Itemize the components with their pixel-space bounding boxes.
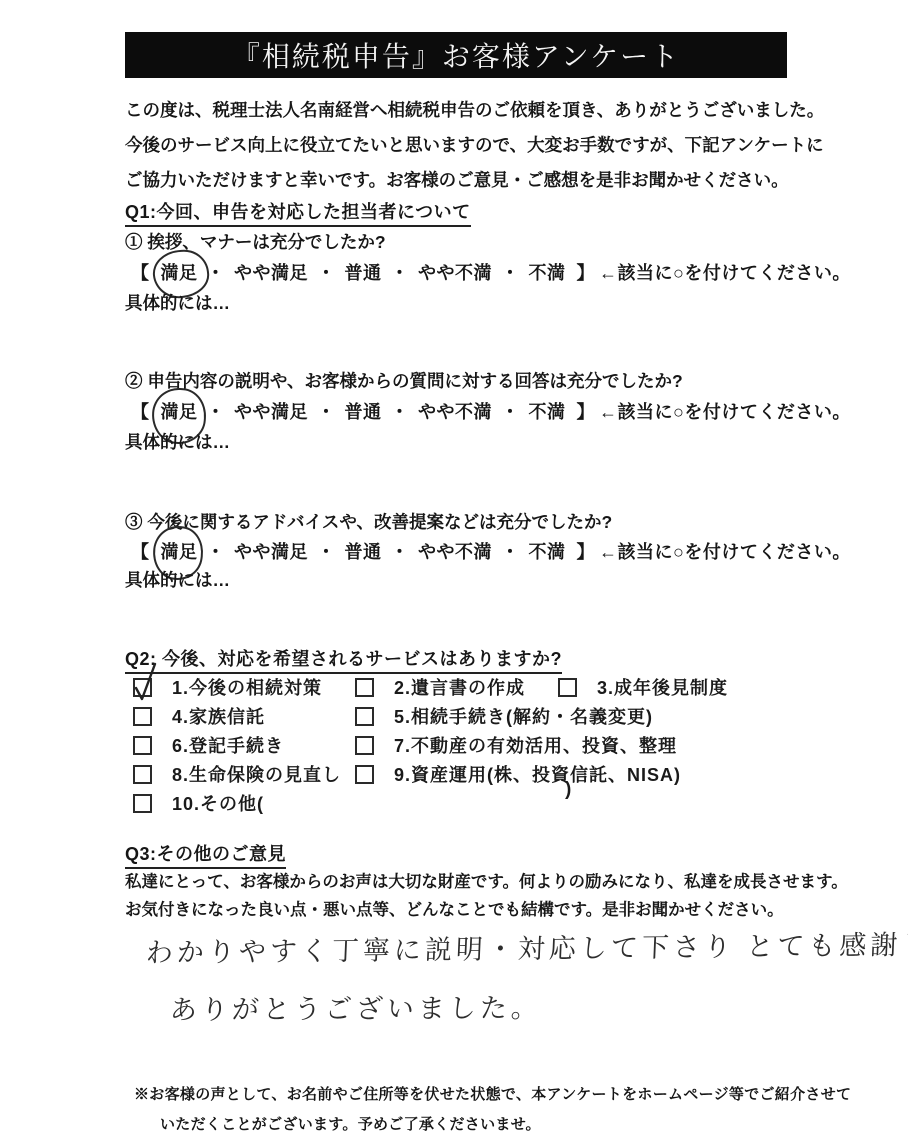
- checkbox-box: [558, 678, 577, 697]
- q1-item2-text: 申告内容の説明や、お客様からの質問に対する回答は充分でしたか?: [147, 371, 682, 391]
- checkbox-box: [133, 736, 152, 755]
- q2-option-1: 1.今後の相続対策: [133, 674, 322, 700]
- checkbox-checked: [133, 678, 152, 697]
- rating-option: やや不満: [418, 259, 492, 285]
- handwritten-check-icon: [129, 656, 169, 704]
- dot-separator: ・: [501, 263, 520, 283]
- q2-option-label: 6.登記手続き: [172, 732, 284, 758]
- dot-separator: ・: [391, 402, 410, 422]
- intro-line-1: この度は、税理士法人名南経営へ相続税申告のご依頼を頂き、ありがとうございました。: [125, 93, 824, 128]
- rating-instruction: ←該当に○を付けてください。: [599, 263, 851, 283]
- rating-option: やや満足: [234, 538, 308, 564]
- close-bracket: 】: [577, 263, 596, 283]
- q1-item1-text: 挨拶、マナーは充分でしたか?: [147, 232, 385, 252]
- checkbox-box: [133, 707, 152, 726]
- open-bracket: 【: [131, 402, 150, 422]
- q2-option-label: 5.相続手続き(解約・名義変更): [394, 703, 653, 729]
- q2-section: Q2: 今後、対応を希望されるサービスはありますか?: [125, 645, 562, 671]
- scanned-survey-page: 『相続税申告』お客様アンケート この度は、税理士法人名南経営へ相続税申告のご依頼…: [0, 0, 908, 1132]
- rating-option: 普通: [345, 259, 382, 285]
- q2-option-10: 10.その他(: [133, 790, 264, 816]
- q2-option-5: 5.相続手続き(解約・名義変更): [355, 703, 653, 729]
- q1-heading: Q1:今回、申告を対応した担当者について: [125, 202, 471, 227]
- checkbox-box: [355, 678, 374, 697]
- q1-item1-number: ①: [125, 232, 143, 252]
- q1-item2-question: ② 申告内容の説明や、お客様からの質問に対する回答は充分でしたか?: [125, 368, 683, 393]
- rating-option: 不満: [529, 259, 566, 285]
- rating-option-selected: 満足: [161, 259, 198, 285]
- rating-option: 普通: [345, 398, 382, 424]
- dot-separator: ・: [317, 542, 336, 562]
- q1-section: Q1:今回、申告を対応した担当者について: [125, 198, 471, 224]
- dot-separator: ・: [207, 402, 226, 422]
- q2-option-2: 2.遺言書の作成: [355, 674, 525, 700]
- q2-heading: Q2: 今後、対応を希望されるサービスはありますか?: [125, 649, 562, 674]
- q2-option-label: 2.遺言書の作成: [394, 674, 525, 700]
- dot-separator: ・: [501, 402, 520, 422]
- rating-option: 不満: [529, 398, 566, 424]
- q1-item1-rating-scale: 【満足・やや満足・普通・やや不満・不満】←該当に○を付けてください。: [127, 259, 851, 285]
- q1-item3-detail-label: 具体的には…: [125, 567, 230, 592]
- open-bracket: 【: [131, 263, 150, 283]
- q2-option-9: 9.資産運用(株、投資信託、NISA): [355, 761, 681, 787]
- q2-option-label: 4.家族信託: [172, 703, 265, 729]
- close-bracket: 】: [577, 402, 596, 422]
- q3-body-line-2: お気付きになった良い点・悪い点等、どんなことでも結構です。是非お聞かせください。: [125, 896, 784, 920]
- q1-item2-rating-scale: 【満足・やや満足・普通・やや不満・不満】←該当に○を付けてください。: [127, 398, 851, 424]
- q1-item2-detail-label: 具体的には…: [125, 429, 230, 454]
- rating-option-selected: 満足: [161, 538, 198, 564]
- dot-separator: ・: [501, 542, 520, 562]
- rating-option: やや満足: [234, 259, 308, 285]
- open-bracket: 【: [131, 542, 150, 562]
- dot-separator: ・: [391, 542, 410, 562]
- q1-item3-question: ③ 今後に関するアドバイスや、改善提案などは充分でしたか?: [125, 509, 612, 534]
- q2-option-label: 7.不動産の有効活用、投資、整理: [394, 732, 677, 758]
- rating-instruction: ←該当に○を付けてください。: [599, 542, 851, 562]
- header-title-bar: 『相続税申告』お客様アンケート: [125, 32, 787, 78]
- q1-item3-rating-scale: 【満足・やや満足・普通・やや不満・不満】←該当に○を付けてください。: [127, 538, 851, 564]
- close-bracket: 】: [577, 542, 596, 562]
- q2-option-label: 10.その他(: [172, 790, 264, 816]
- footer-note-line-2: いただくことがございます。予めご了承くださいませ。: [160, 1113, 541, 1132]
- page-title: 『相続税申告』お客様アンケート: [232, 35, 680, 75]
- q1-item1-question: ① 挨拶、マナーは充分でしたか?: [125, 229, 386, 254]
- q2-option-6: 6.登記手続き: [133, 732, 284, 758]
- q1-item3-number: ③: [125, 512, 143, 532]
- q2-option-label: 3.成年後見制度: [597, 674, 728, 700]
- rating-instruction: ←該当に○を付けてください。: [599, 402, 851, 422]
- q1-item3-text: 今後に関するアドバイスや、改善提案などは充分でしたか?: [147, 512, 612, 532]
- rating-option-selected: 満足: [161, 398, 198, 424]
- q2-option-8: 8.生命保険の見直し: [133, 761, 341, 787]
- q3-body-line-1: 私達にとって、お客様からのお声は大切な財産です。何よりの励みになり、私達を成長さ…: [125, 868, 848, 892]
- dot-separator: ・: [391, 263, 410, 283]
- q2-option-3: 3.成年後見制度: [558, 674, 728, 700]
- q1-item1-detail-label: 具体的には…: [125, 290, 230, 315]
- checkbox-box: [355, 707, 374, 726]
- checkbox-box: [355, 736, 374, 755]
- dot-separator: ・: [317, 402, 336, 422]
- checkbox-box: [133, 794, 152, 813]
- q3-section: Q3:その他のご意見: [125, 840, 286, 866]
- handwritten-comment-line-2: ありがとうございました。: [169, 986, 543, 1027]
- rating-option: 普通: [345, 538, 382, 564]
- dot-separator: ・: [207, 263, 226, 283]
- q3-heading: Q3:その他のご意見: [125, 844, 286, 869]
- q2-option-label: 8.生命保険の見直し: [172, 761, 341, 787]
- checkbox-box: [355, 765, 374, 784]
- intro-line-2: 今後のサービス向上に役立てたいと思いますので、大変お手数ですが、下記アンケートに: [125, 128, 824, 163]
- rating-option: やや不満: [418, 538, 492, 564]
- q2-option-4: 4.家族信託: [133, 703, 265, 729]
- q2-option-label: 9.資産運用(株、投資信託、NISA): [394, 761, 681, 787]
- footer-note-line-1: ※お客様の声として、お名前やご住所等を伏せた状態で、本アンケートをホームページ等…: [134, 1083, 851, 1104]
- q1-item2-number: ②: [125, 371, 143, 391]
- checkbox-box: [133, 765, 152, 784]
- rating-option: やや満足: [234, 398, 308, 424]
- q2-option-7: 7.不動産の有効活用、投資、整理: [355, 732, 677, 758]
- other-close-paren: ): [565, 779, 571, 801]
- handwritten-comment-line-1: わかりやすく丁寧に説明・対応して下さり とても感謝しております。: [145, 921, 908, 970]
- q2-option-label: 1.今後の相続対策: [172, 674, 322, 700]
- intro-line-3: ご協力いただけますと幸いです。お客様のご意見・ご感想を是非お聞かせください。: [125, 163, 789, 198]
- rating-option: 不満: [529, 538, 566, 564]
- rating-option: やや不満: [418, 398, 492, 424]
- dot-separator: ・: [207, 542, 226, 562]
- dot-separator: ・: [317, 263, 336, 283]
